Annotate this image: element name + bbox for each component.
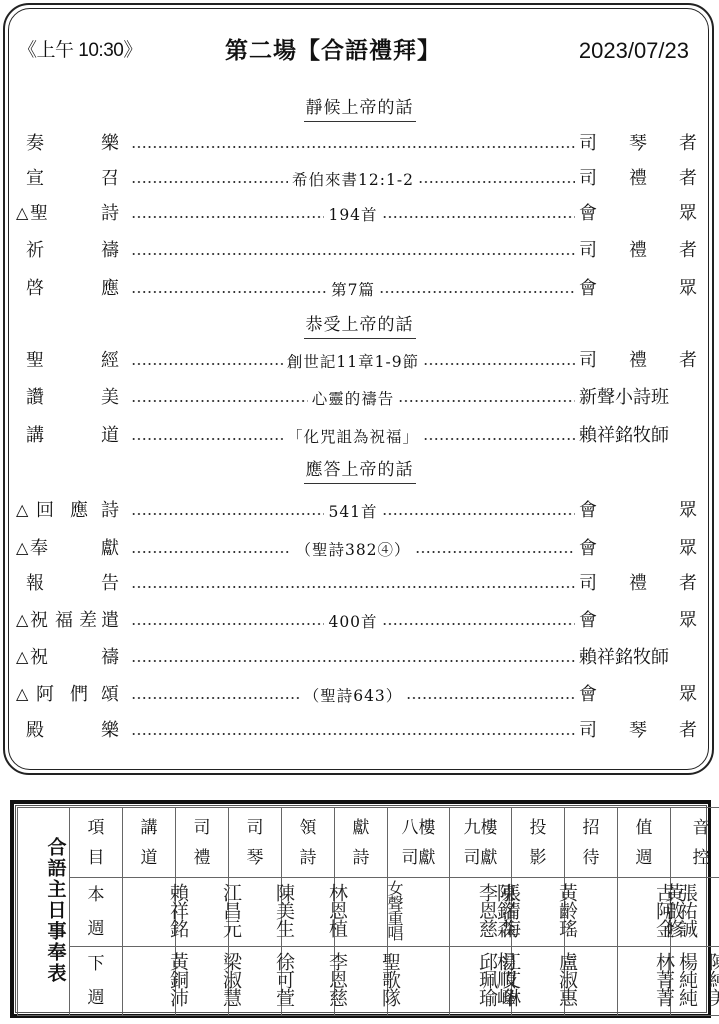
responder-text: 者 [679, 569, 697, 599]
item-responder: 賴祥銘牧師 [579, 421, 697, 451]
duty-role-text: 禮 [176, 843, 228, 873]
item-responder: 司禮者 [579, 346, 697, 376]
dot-leader [131, 569, 575, 599]
section-title-text: 恭受上帝的話 [304, 313, 416, 339]
dot-leader-left [131, 513, 324, 515]
responder-text: 禮 [629, 569, 647, 599]
program-item: 聖經創世記11章1-9節司禮者 [0, 346, 719, 376]
program-item: 啓應第7篇會眾 [0, 274, 719, 304]
item-label-char: 聖 [26, 346, 44, 376]
dot-leader-right [398, 400, 575, 402]
duty-assignee-group: 陳銘森 [450, 883, 516, 937]
item-label-char: 樂 [101, 129, 119, 159]
duty-role-text: 值 [618, 813, 670, 843]
duty-assignee-cell: 賴祥銘 [123, 878, 176, 947]
duty-role-text: 待 [565, 843, 617, 873]
responder-text: 會 [579, 199, 597, 229]
item-content: 541首 [324, 500, 381, 522]
stand-triangle-icon: △ [16, 647, 28, 666]
duty-role-header: 司琴 [229, 808, 282, 878]
duty-role-text: 週 [618, 843, 670, 873]
responder-text: 會 [579, 680, 597, 710]
responder-text: 禮 [629, 346, 647, 376]
responder-text: 司 [579, 129, 597, 159]
responder-text: 禮 [629, 164, 647, 194]
dot-leader-left [131, 291, 327, 293]
duty-role-text: 控 [671, 843, 719, 873]
item-label-char: 讚 [26, 383, 44, 413]
dot-leader-left [131, 216, 324, 218]
item-label-char: 聖 [30, 199, 48, 229]
dot-leader-right [415, 551, 575, 553]
duty-row-label: 本週 [70, 878, 123, 947]
responder-text: 會 [579, 606, 597, 636]
duty-assignee-cell: 陳美生 [229, 878, 282, 947]
duty-role-text: 招 [565, 813, 617, 843]
responder-text: 眾 [679, 199, 697, 229]
program-item: 報告司禮者 [0, 569, 719, 599]
dot-leader: 541首 [131, 496, 575, 526]
duty-role-header: 投影 [512, 808, 565, 878]
item-label-char: 美 [101, 383, 119, 413]
duty-assignee-cell: 李恩慈 [282, 947, 335, 1016]
responder-text: 賴祥銘牧師 [579, 421, 669, 451]
program-item: △回應詩541首會眾 [0, 496, 719, 526]
item-label-char: 召 [101, 164, 119, 194]
duty-row-label-char: 項 [70, 813, 122, 843]
responder-text: 會 [579, 274, 597, 304]
duty-assignee-cell: 江艾琳陳純美 [618, 947, 671, 1016]
item-responder: 司禮者 [579, 236, 697, 266]
item-responder: 司琴者 [579, 129, 697, 159]
duty-role-text: 投 [512, 813, 564, 843]
item-label-char: 報 [26, 569, 44, 599]
program-item: 講道「化咒詛為祝福」賴祥銘牧師 [0, 421, 719, 451]
stand-triangle-icon: △ [16, 500, 28, 519]
responder-text: 禮 [629, 236, 647, 266]
responder-text: 者 [679, 236, 697, 266]
dot-leader: 「化咒詛為祝福」 [131, 421, 575, 451]
duty-role-text: 司 [176, 813, 228, 843]
service-date: 2023/07/23 [579, 34, 689, 68]
dot-leader-left [131, 400, 308, 402]
duty-table-title-cell: 合語主日事奉表 [18, 808, 70, 1016]
item-label-char: 福 [55, 606, 73, 636]
item-responder: 新聲小詩班 [579, 383, 697, 413]
duty-row-label-char: 本 [70, 878, 122, 912]
duty-assignee-cell: 黃齡瑤 [512, 878, 565, 947]
responder-text: 眾 [679, 680, 697, 710]
duty-assignee-group: 楊順峰 [450, 952, 516, 1006]
duty-role-header: 獻詩 [335, 808, 388, 878]
duty-assignee-cell: 楊順峰 [450, 947, 512, 1016]
dot-leader: 400首 [131, 606, 575, 636]
dot-leader-left [131, 438, 283, 440]
stand-triangle-icon: △ [16, 684, 28, 703]
duty-roster-table: 合語主日事奉表項目講道司禮司琴領詩獻詩八樓司獻九樓司獻投影招待值週音控本週賴祥銘… [17, 807, 719, 1016]
duty-row-header: 合語主日事奉表項目講道司禮司琴領詩獻詩八樓司獻九樓司獻投影招待值週音控 [18, 808, 719, 878]
item-label-char: 們 [70, 680, 88, 710]
responder-text: 賴祥銘牧師 [579, 643, 669, 673]
duty-role-text: 道 [123, 843, 175, 873]
item-label-char: 獻 [101, 534, 119, 564]
item-label-char: 祈 [26, 236, 44, 266]
program-item: △奉獻（聖詩382④）會眾 [0, 534, 719, 564]
item-label-char: 詩 [101, 496, 119, 526]
duty-assignee-group: 朱雅婷朱雅筠 [671, 883, 719, 937]
dot-leader: 希伯來書12:1-2 [131, 164, 575, 194]
dot-leader-left [131, 551, 291, 553]
duty-row-next-week: 下週黃銅沛梁淑慧徐可萱李恩慈聖歌隊江艾琳邱珮瑜楊順峰盧淑惠楊純純林菁菁江艾琳陳純… [18, 947, 719, 1016]
responder-text: 者 [679, 164, 697, 194]
item-label-char: 告 [101, 569, 119, 599]
dot-leader [131, 129, 575, 159]
service-time: 《上午 10:30》 [18, 34, 142, 68]
dot-leader-right [423, 438, 575, 440]
item-responder: 會眾 [579, 496, 697, 526]
service-title: 第二場【合語禮拜】 [225, 34, 441, 68]
item-responder: 司琴者 [579, 716, 697, 746]
duty-role-header: 招待 [565, 808, 618, 878]
responder-text: 新聲小詩班 [579, 383, 669, 413]
dot-leader-left [131, 181, 288, 183]
section-title-text: 靜候上帝的話 [304, 96, 416, 122]
duty-assignee-group: 朱雅婷朱雅筠 [671, 952, 719, 1006]
duty-role-text: 司獻 [388, 843, 449, 873]
item-label-char: 應 [101, 274, 119, 304]
stand-triangle-icon: △ [16, 610, 28, 629]
duty-row-label: 項目 [70, 808, 123, 878]
item-label-char: 殿 [26, 716, 44, 746]
duty-role-text: 影 [512, 843, 564, 873]
dot-leader [131, 643, 575, 673]
duty-role-header: 八樓司獻 [388, 808, 450, 878]
duty-role-text: 講 [123, 813, 175, 843]
duty-role-header: 音控 [671, 808, 719, 878]
duty-assignee-cell: 江艾琳邱珮瑜 [388, 947, 450, 1016]
item-content: 「化咒詛為祝福」 [283, 425, 423, 447]
duty-assignee-cell: 張祐誠古阿金 [565, 878, 618, 947]
duty-assignee-cell: 黃銅沛 [123, 947, 176, 1016]
duty-row-label-char: 下 [70, 947, 122, 981]
item-label-char: 宣 [26, 164, 44, 194]
dot-leader-right [382, 216, 575, 218]
dot-leader: 194首 [131, 199, 575, 229]
duty-role-text: 詩 [282, 843, 334, 873]
item-label-char: 詩 [101, 199, 119, 229]
section-title: 應答上帝的話 [0, 458, 719, 482]
duty-role-text: 琴 [229, 843, 281, 873]
responder-text: 眾 [679, 534, 697, 564]
dot-leader-left [131, 253, 575, 255]
item-label-char: 阿 [36, 680, 54, 710]
responder-text: 司 [579, 346, 597, 376]
item-responder: 會眾 [579, 534, 697, 564]
item-content: 194首 [324, 203, 381, 225]
dot-leader [131, 236, 575, 266]
program-item: 祈禱司禮者 [0, 236, 719, 266]
dot-leader-right [423, 363, 575, 365]
item-label-char: 祝 [30, 606, 48, 636]
item-label-char: 樂 [101, 716, 119, 746]
dot-leader-right [382, 513, 575, 515]
dot-leader-left [131, 363, 283, 365]
responder-text: 司 [579, 164, 597, 194]
program-item: 讚美心靈的禱告新聲小詩班 [0, 383, 719, 413]
duty-assignee-cell: 朱雅婷朱雅筠 [671, 947, 719, 1016]
responder-text: 者 [679, 129, 697, 159]
item-label-char: 祝 [30, 643, 48, 673]
dot-leader-right [382, 623, 575, 625]
program-item: △祝福差遣400首會眾 [0, 606, 719, 636]
responder-text: 眾 [679, 274, 697, 304]
duty-row-label-char: 週 [70, 981, 122, 1015]
duty-roster: 合語主日事奉表項目講道司禮司琴領詩獻詩八樓司獻九樓司獻投影招待值週音控本週賴祥銘… [10, 800, 711, 1018]
section-title: 恭受上帝的話 [0, 313, 719, 337]
item-content: 心靈的禱告 [308, 387, 399, 409]
duty-assignee-cell: 江昌元 [176, 878, 229, 947]
dot-leader-left [131, 586, 575, 588]
duty-assignee-cell: 朱雅婷朱雅筠 [671, 878, 719, 947]
duty-assignee-cell: 徐可萱 [229, 947, 282, 1016]
duty-assignee-cell: 陳銘森 [450, 878, 512, 947]
duty-role-text: 司獻 [450, 843, 511, 873]
dot-leader [131, 716, 575, 746]
dot-leader-left [131, 146, 575, 148]
item-label-char: 禱 [101, 236, 119, 266]
duty-role-header: 講道 [123, 808, 176, 878]
item-responder: 會眾 [579, 680, 697, 710]
stand-triangle-icon: △ [16, 203, 28, 222]
duty-role-text: 詩 [335, 843, 387, 873]
dot-leader-left [131, 733, 575, 735]
duty-role-text: 司 [229, 813, 281, 843]
duty-assignee-cell: 女聲重唱 [335, 878, 388, 947]
dot-leader-right [418, 181, 575, 183]
duty-role-header: 值週 [618, 808, 671, 878]
program-item: 殿樂司琴者 [0, 716, 719, 746]
stand-triangle-icon: △ [16, 538, 28, 557]
dot-leader-left [131, 660, 575, 662]
duty-assignee-cell: 盧淑惠 [512, 947, 565, 1016]
item-responder: 司禮者 [579, 164, 697, 194]
responder-text: 眾 [679, 496, 697, 526]
duty-row-label: 下週 [70, 947, 123, 1016]
item-label-char: 遣 [101, 606, 119, 636]
item-content: 400首 [324, 610, 381, 632]
item-label-char: 奉 [30, 534, 48, 564]
dot-leader: 心靈的禱告 [131, 383, 575, 413]
duty-row-label-char: 目 [70, 843, 122, 873]
duty-row-label-char: 週 [70, 912, 122, 946]
responder-text: 眾 [679, 606, 697, 636]
item-label-char: 回 [36, 496, 54, 526]
responder-text: 琴 [629, 716, 647, 746]
duty-assignee-cell: 梁淑慧 [176, 947, 229, 1016]
program-item: △祝禱賴祥銘牧師 [0, 643, 719, 673]
item-label-char: 應 [70, 496, 88, 526]
duty-assignee-cell: 楊純純林菁菁 [565, 947, 618, 1016]
duty-role-text: 獻 [335, 813, 387, 843]
program-item: △阿們頌（聖詩643）會眾 [0, 680, 719, 710]
item-content: 第7篇 [327, 278, 379, 300]
item-responder: 會眾 [579, 199, 697, 229]
item-content: （聖詩382④） [291, 538, 414, 560]
item-responder: 司禮者 [579, 569, 697, 599]
item-label-char: 經 [101, 346, 119, 376]
responder-text: 司 [579, 716, 597, 746]
responder-text: 琴 [629, 129, 647, 159]
item-label-char: 奏 [26, 129, 44, 159]
item-content: 希伯來書12:1-2 [288, 168, 418, 190]
item-label-char: 啓 [26, 274, 44, 304]
program-item: 奏樂司琴者 [0, 129, 719, 159]
duty-row-this-week: 本週賴祥銘江昌元陳美生林恩植女聲重唱張清海李恩慈陳銘森黃齡瑤張祐誠古阿金黃啟修朱… [18, 878, 719, 947]
responder-text: 會 [579, 496, 597, 526]
program-item: △聖詩194首會眾 [0, 199, 719, 229]
item-label-char: 講 [26, 421, 44, 451]
dot-leader-right [379, 291, 575, 293]
duty-role-text: 音 [671, 813, 719, 843]
responder-text: 司 [579, 569, 597, 599]
duty-role-text: 八樓 [388, 813, 449, 843]
duty-role-header: 九樓司獻 [450, 808, 512, 878]
duty-role-header: 領詩 [282, 808, 335, 878]
dot-leader: （聖詩382④） [131, 534, 575, 564]
dot-leader: 創世記11章1-9節 [131, 346, 575, 376]
duty-assignee-cell: 張清海李恩慈 [388, 878, 450, 947]
duty-role-header: 司禮 [176, 808, 229, 878]
dot-leader-left [131, 697, 300, 699]
item-content: 創世記11章1-9節 [283, 350, 423, 372]
duty-assignee-cell: 林恩植 [282, 878, 335, 947]
dot-leader-right [406, 697, 575, 699]
item-content: （聖詩643） [300, 684, 407, 706]
responder-text: 者 [679, 716, 697, 746]
program-item: 宣召希伯來書12:1-2司禮者 [0, 164, 719, 194]
responder-text: 者 [679, 346, 697, 376]
dot-leader-left [131, 623, 324, 625]
item-label-char: 道 [101, 421, 119, 451]
section-title-text: 應答上帝的話 [304, 458, 416, 484]
item-label-char: 禱 [101, 643, 119, 673]
responder-text: 會 [579, 534, 597, 564]
duty-role-text: 領 [282, 813, 334, 843]
item-label-char: 頌 [101, 680, 119, 710]
responder-text: 司 [579, 236, 597, 266]
item-responder: 會眾 [579, 606, 697, 636]
duty-assignee-cell: 聖歌隊 [335, 947, 388, 1016]
section-title: 靜候上帝的話 [0, 96, 719, 120]
dot-leader: （聖詩643） [131, 680, 575, 710]
duty-assignee-cell: 黃啟修 [618, 878, 671, 947]
dot-leader: 第7篇 [131, 274, 575, 304]
duty-table-title: 合語主日事奉表 [19, 837, 69, 984]
item-label-char: 差 [79, 606, 97, 636]
item-responder: 賴祥銘牧師 [579, 643, 697, 673]
item-responder: 會眾 [579, 274, 697, 304]
duty-role-text: 九樓 [450, 813, 511, 843]
